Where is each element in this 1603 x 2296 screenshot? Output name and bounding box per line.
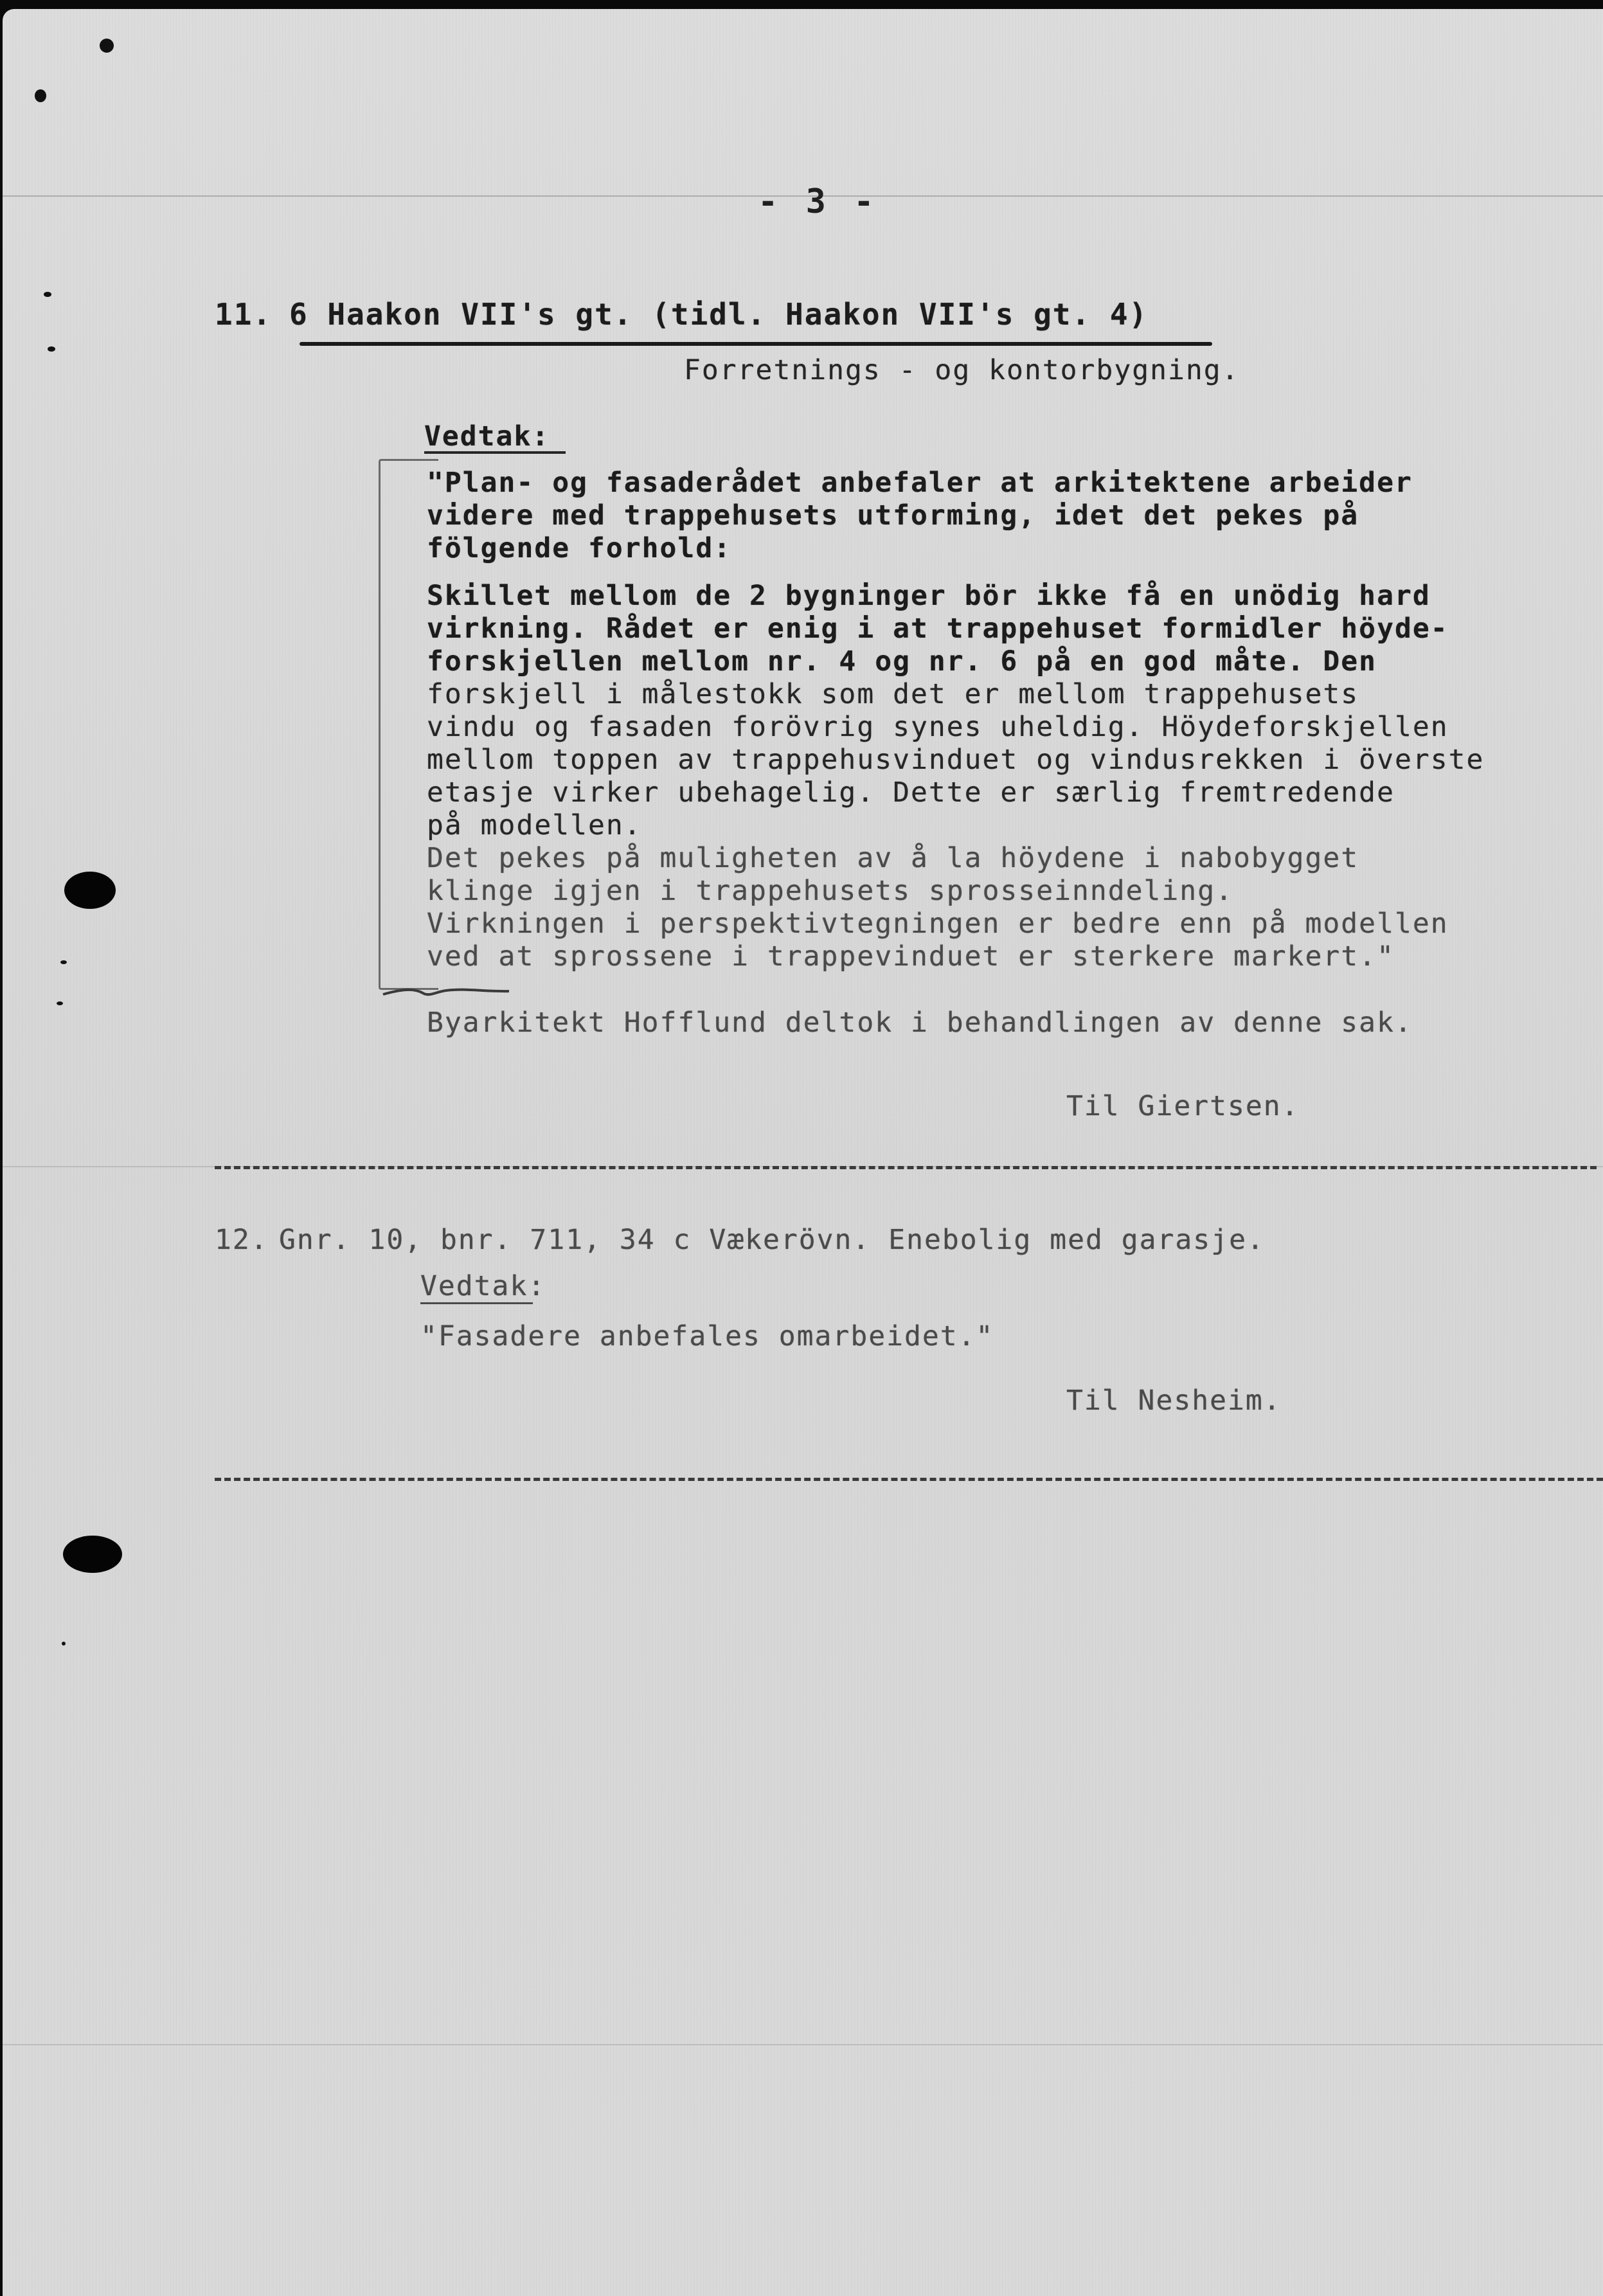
punch-hole	[64, 872, 116, 909]
decision-line: mellom toppen av trappehusvinduet og vin…	[427, 744, 1484, 776]
item-subtitle: Forretnings - og kontorbygning.	[684, 354, 1240, 387]
scan-artifact-line	[3, 2044, 1603, 2045]
item-note: Byarkitekt Hofflund deltok i behandlinge…	[427, 1007, 1413, 1039]
decision-line: Det pekes på muligheten av å la höydene …	[427, 842, 1359, 875]
assigned-to: Til Nesheim.	[1066, 1385, 1282, 1417]
decision-line: fölgende forhold:	[427, 532, 731, 565]
assigned-to: Til Giertsen.	[1066, 1090, 1300, 1123]
decision-line: klinge igjen i trappehusets sprosseinnde…	[427, 875, 1233, 908]
decision-line: "Fasadere anbefales omarbeidet."	[420, 1320, 994, 1353]
decision-line: virkning. Rådet er enig i at trappehuset…	[427, 613, 1449, 645]
ink-dot	[35, 89, 46, 102]
decision-label: Vedtak:	[420, 1270, 546, 1303]
decision-line: forskjellen mellom nr. 4 og nr. 6 på en …	[427, 645, 1377, 678]
decision-line: "Plan- og fasaderådet anbefaler at arkit…	[427, 467, 1413, 499]
section-separator	[215, 1478, 1603, 1481]
section-separator	[215, 1166, 1597, 1169]
item-title: Gnr. 10, bnr. 711, 34 c Vækerövn. Enebol…	[279, 1224, 1265, 1257]
ink-dot	[100, 39, 114, 53]
decision-line: ved at sprossene i trappevinduet er ster…	[427, 940, 1395, 973]
decision-line: etasje virker ubehagelig. Dette er særli…	[427, 776, 1395, 809]
ink-dot	[48, 346, 55, 352]
decision-line: vindu og fasaden forövrig synes uheldig.…	[427, 711, 1449, 744]
ink-dot	[60, 960, 67, 964]
decision-line: videre med trappehusets utforming, idet …	[427, 499, 1359, 532]
decision-line: på modellen.	[427, 809, 642, 842]
decision-line: forskjell i målestokk som det er mellom …	[427, 678, 1359, 711]
decision-label-underline	[420, 1302, 533, 1304]
ink-dot	[44, 292, 51, 297]
decision-line: Virkningen i perspektivtegningen er bedr…	[427, 908, 1449, 940]
title-underline	[300, 342, 1212, 346]
ink-dot	[57, 1001, 63, 1005]
decision-label-underline	[424, 451, 566, 454]
decision-line: Skillet mellom de 2 bygninger bör ikke f…	[427, 580, 1431, 613]
ink-dot	[62, 1642, 66, 1646]
item-number: 11.	[215, 298, 272, 331]
decision-label: Vedtak:	[424, 420, 550, 453]
handwritten-underline	[382, 983, 510, 1002]
page-number: - 3 -	[758, 183, 878, 221]
item-title: 6 Haakon VII's gt. (tidl. Haakon VII's g…	[289, 298, 1148, 331]
item-number: 12.	[215, 1224, 269, 1257]
scanned-page: - 3 - 11. 6 Haakon VII's gt. (tidl. Haak…	[3, 9, 1603, 2296]
punch-hole	[63, 1536, 122, 1573]
